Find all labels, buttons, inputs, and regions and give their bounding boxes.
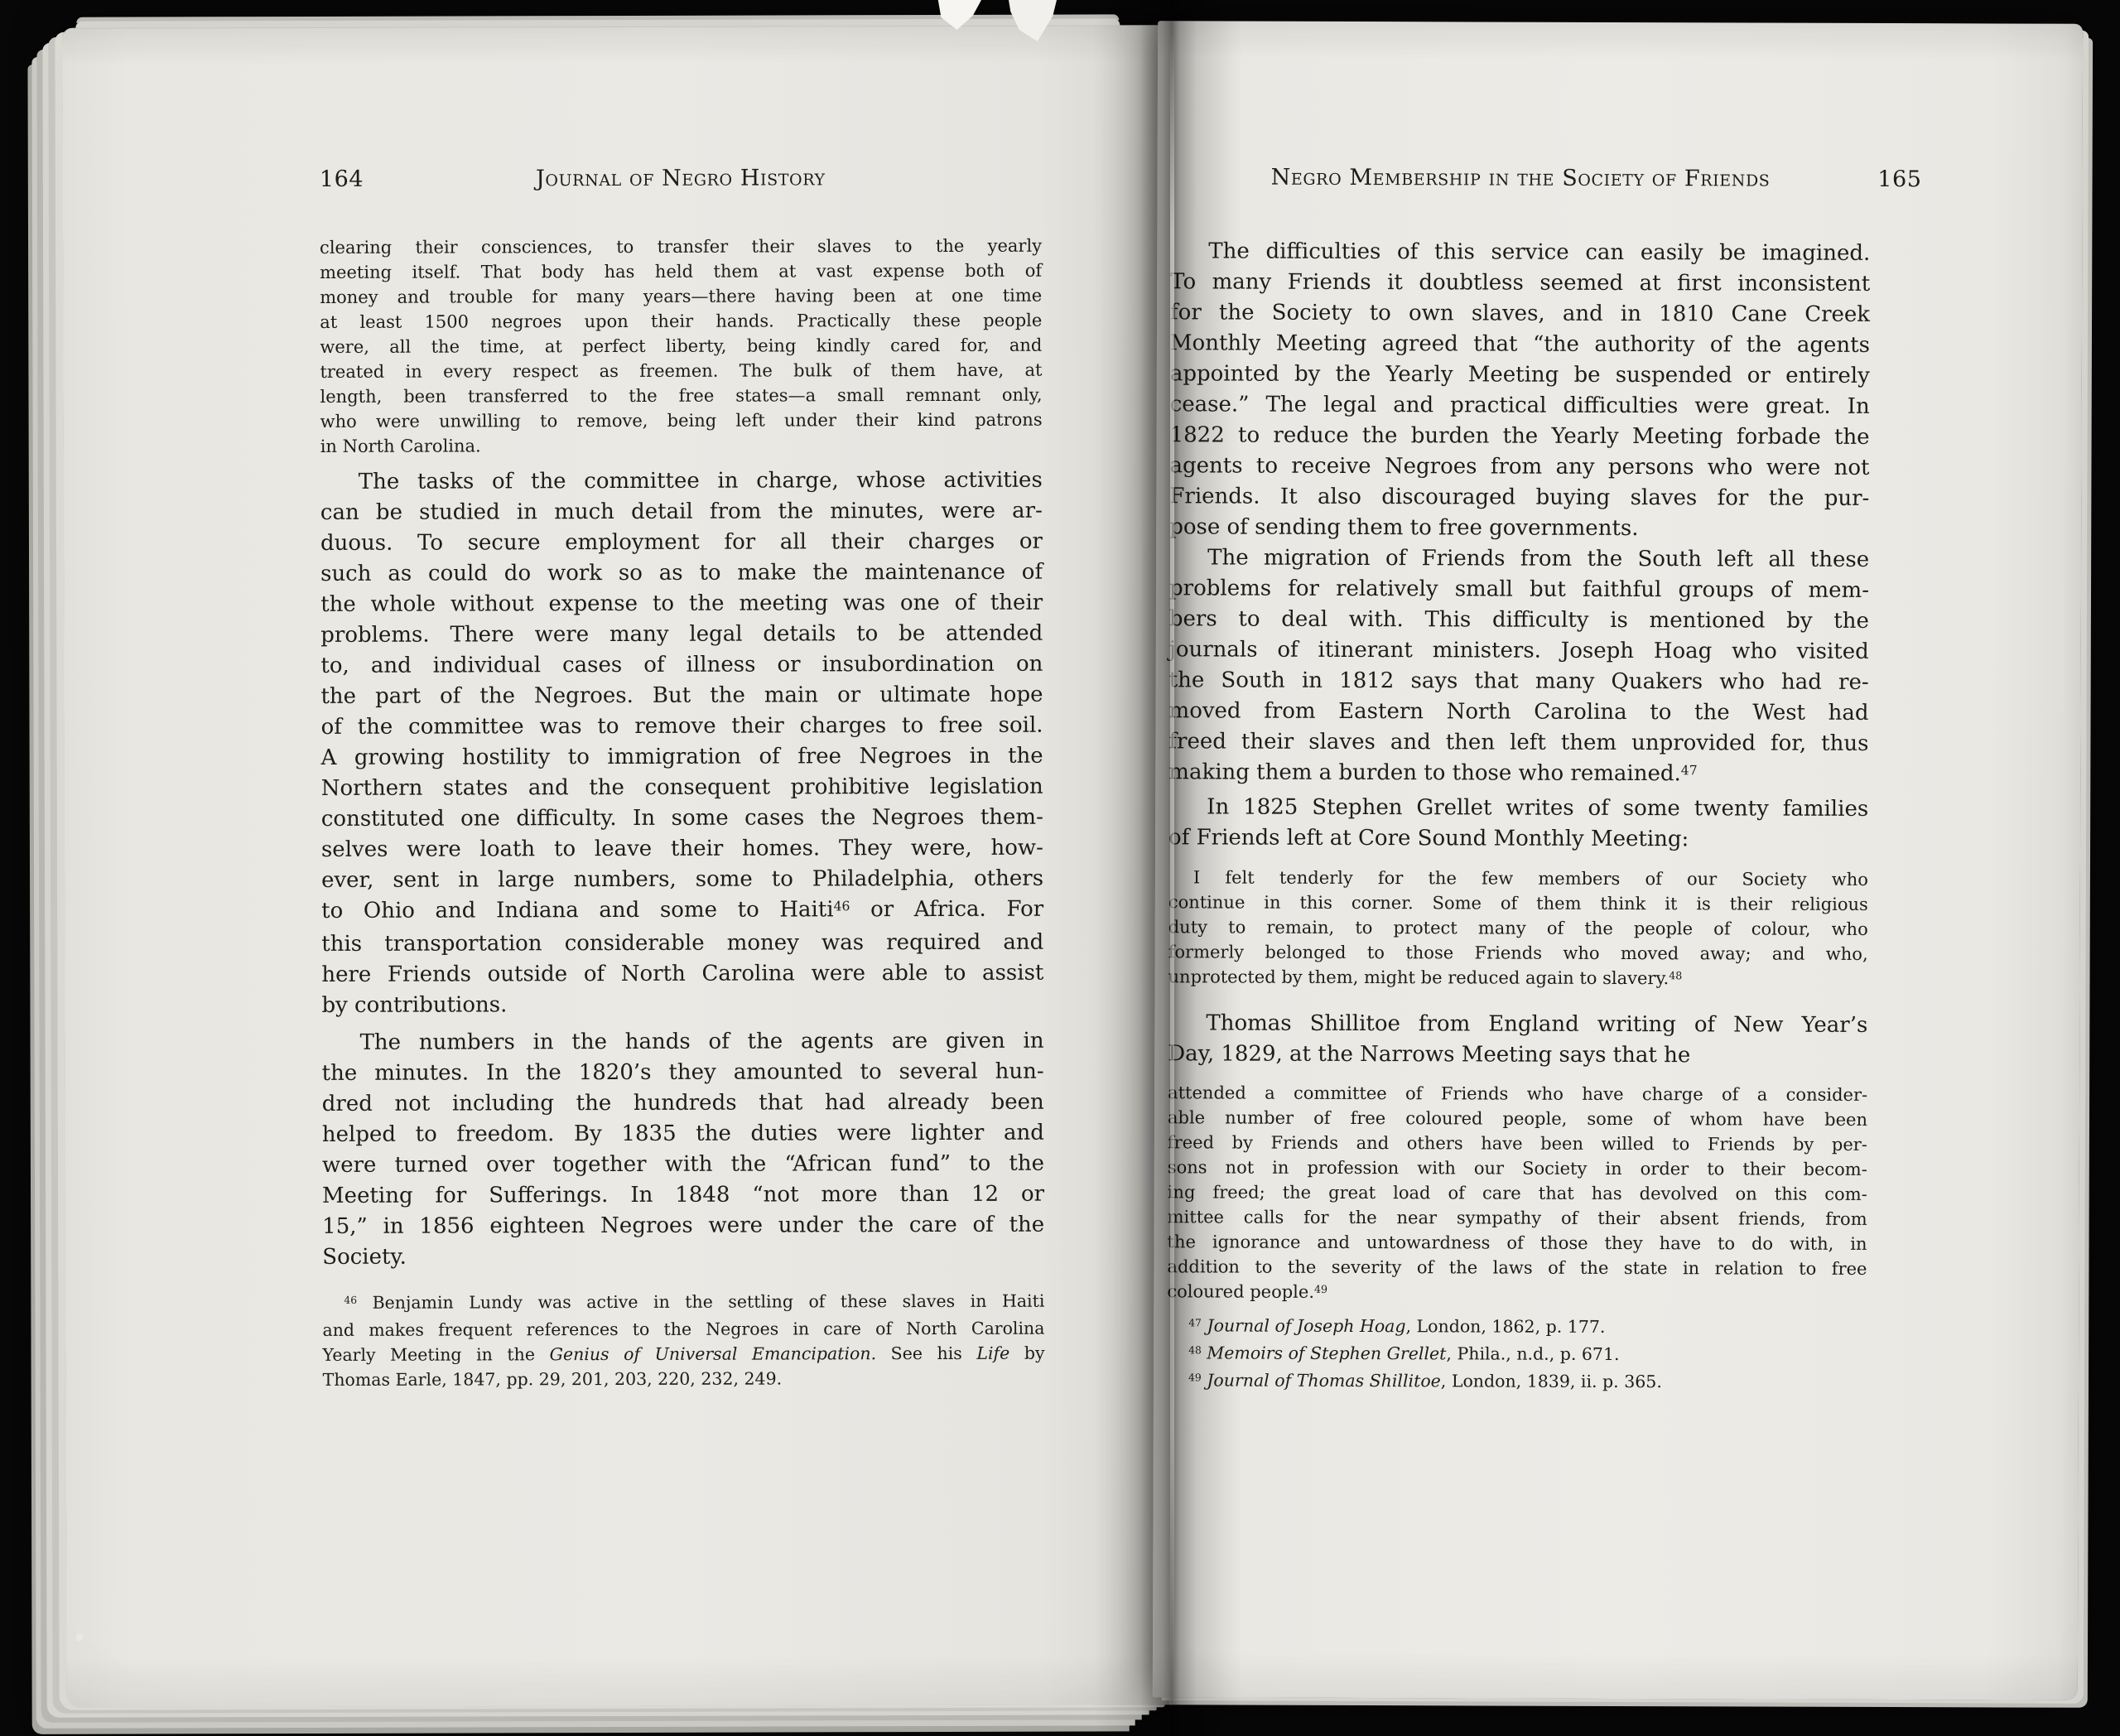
text-line: problems. There were many legal details … — [320, 619, 1043, 651]
text-line: for the Society to own slaves, and in 18… — [1170, 297, 1870, 330]
footnote-48: 48 Memoirs of Stephen Grellet, Phila., n… — [1167, 1340, 1867, 1370]
text-line: Meeting for Sufferings. In 1848 “not mor… — [322, 1179, 1044, 1212]
text-line: 1822 to reduce the burden the Yearly Mee… — [1170, 420, 1870, 453]
text-line: The migration of Friends from the South … — [1169, 542, 1869, 576]
text-line: duty to remain, to protect many of the p… — [1168, 914, 1868, 942]
text-line: Day, 1829, at the Narrows Meeting says t… — [1168, 1039, 1867, 1072]
text-line: at least 1500 negroes upon their hands. … — [320, 308, 1042, 335]
paragraph-committee-tasks: The tasks of the committee in charge, wh… — [320, 465, 1044, 1021]
text-line: selves were loath to leave their homes. … — [321, 833, 1043, 866]
text-line: this transportation considerable money w… — [321, 928, 1043, 960]
text-line: here Friends outside of North Carolina w… — [321, 958, 1043, 991]
text-line: pose of sending them to free governments… — [1169, 512, 1869, 545]
text-line: ing freed; the great load of care that h… — [1168, 1179, 1867, 1207]
text-line: were turned over together with the “Afri… — [322, 1149, 1044, 1181]
footnote-46: 46 Benjamin Lundy was active in the sett… — [322, 1289, 1044, 1392]
text-line: duous. To secure employment for all thei… — [320, 527, 1043, 559]
text-line: The numbers in the hands of the agents a… — [322, 1026, 1044, 1058]
text-line: A growing hostility to immigration of fr… — [321, 741, 1043, 774]
grellet-quote-block: I felt tenderly for the few members of o… — [1168, 865, 1868, 994]
text-line: the whole without expense to the meeting… — [320, 588, 1043, 620]
text-line: freed their slaves and then left them un… — [1168, 726, 1868, 759]
text-line: freed by Friends and others have been wi… — [1168, 1130, 1867, 1157]
right-running-title: Negro Membership in the Society of Frien… — [1171, 162, 1871, 195]
footnote-47: 47 Journal of Joseph Hoag, London, 1862,… — [1167, 1313, 1867, 1343]
text-line: can be studied in much detail from the m… — [320, 496, 1043, 528]
text-line: making them a burden to those who remain… — [1168, 757, 1868, 793]
text-line: able number of free coloured people, som… — [1168, 1105, 1867, 1132]
text-line: ever, sent in large numbers, some to Phi… — [321, 864, 1043, 896]
text-line: treated in every respect as freemen. The… — [320, 358, 1042, 384]
text-line: Thomas Shillitoe from England writing of… — [1168, 1008, 1867, 1041]
text-line: problems for relatively small but faithf… — [1169, 573, 1869, 606]
text-line: the ignorance and untowardness of those … — [1168, 1229, 1867, 1256]
text-line: the part of the Negroes. But the main or… — [320, 680, 1043, 712]
text-line: 47 Journal of Joseph Hoag, London, 1862,… — [1167, 1313, 1867, 1343]
text-line: cease.” The legal and practical difficul… — [1170, 389, 1870, 422]
paragraph-agent-numbers: The numbers in the hands of the agents a… — [322, 1026, 1045, 1273]
open-book-scan: 164 Journal of Negro History clearing th… — [0, 0, 2120, 1736]
text-line: clearing their consciences, to transfer … — [320, 234, 1042, 260]
text-line: To many Friends it doubtless seemed at f… — [1170, 267, 1870, 300]
text-line: formerly belonged to those Friends who m… — [1168, 939, 1868, 967]
left-text-column: 164 Journal of Negro History clearing th… — [319, 26, 1044, 1392]
text-line: The difficulties of this service can eas… — [1170, 236, 1870, 269]
text-line: to, and individual cases of illness or i… — [320, 649, 1043, 682]
text-line: of the committee was to remove their cha… — [321, 711, 1043, 743]
text-line: agents to receive Negroes from any perso… — [1169, 451, 1869, 484]
right-text-column: Negro Membership in the Society of Frien… — [1167, 21, 1871, 1397]
text-line: Thomas Earle, 1847, pp. 29, 201, 203, 22… — [323, 1366, 1045, 1392]
paragraph-difficulties: The difficulties of this service can eas… — [1169, 236, 1870, 545]
text-line: the South in 1812 says that many Quakers… — [1169, 665, 1869, 698]
text-line: moved from Eastern North Carolina to the… — [1169, 696, 1869, 729]
text-line: the minutes. In the 1820’s they amounted… — [322, 1057, 1044, 1089]
footnote-49: 49 Journal of Thomas Shillitoe, London, … — [1167, 1367, 1867, 1397]
text-line: Monthly Meeting agreed that “the authori… — [1170, 328, 1870, 361]
text-line: such as could do work so as to make the … — [320, 557, 1043, 590]
text-line: journals of itinerant ministers. Joseph … — [1169, 634, 1869, 668]
left-running-title: Journal of Negro History — [320, 163, 1042, 195]
text-line: mittee calls for the near sympathy of th… — [1168, 1204, 1867, 1232]
text-line: Northern states and the consequent prohi… — [321, 772, 1043, 804]
carried-over-quote-block: clearing their consciences, to transfer … — [320, 234, 1043, 459]
right-running-header: Negro Membership in the Society of Frien… — [1171, 162, 1871, 195]
text-line: addition to the severity of the laws of … — [1167, 1254, 1867, 1281]
text-line: continue in this corner. Some of them th… — [1168, 890, 1868, 917]
text-line: The tasks of the committee in charge, wh… — [320, 465, 1043, 498]
text-line: 15,” in 1856 eighteen Negroes were under… — [322, 1210, 1044, 1242]
paragraph-migration: The migration of Friends from the South … — [1168, 542, 1869, 793]
text-line: bers to deal with. This difficulty is me… — [1169, 604, 1869, 637]
text-line: dred not including the hundreds that had… — [322, 1087, 1044, 1120]
left-page: 164 Journal of Negro History clearing th… — [62, 25, 1173, 1707]
text-line: length, been transferred to the free sta… — [320, 383, 1042, 409]
text-line: helped to freedom. By 1835 the duties we… — [322, 1118, 1044, 1150]
right-page-number: 165 — [1877, 165, 1921, 195]
text-line: in North Carolina. — [320, 432, 1043, 459]
text-line: to Ohio and Indiana and some to Haiti46 … — [321, 895, 1043, 929]
text-line: 49 Journal of Thomas Shillitoe, London, … — [1167, 1367, 1867, 1397]
text-line: sons not in profession with our Society … — [1168, 1155, 1867, 1182]
left-running-header: 164 Journal of Negro History — [320, 163, 1042, 195]
text-line: and makes frequent references to the Neg… — [322, 1316, 1044, 1343]
text-line: attended a committee of Friends who have… — [1168, 1080, 1867, 1107]
text-line: unprotected by them, might be reduced ag… — [1168, 964, 1868, 994]
text-line: meeting itself. That body has held them … — [320, 258, 1042, 285]
text-line: In 1825 Stephen Grellet writes of some t… — [1168, 792, 1868, 825]
text-line: 48 Memoirs of Stephen Grellet, Phila., n… — [1167, 1340, 1867, 1370]
text-line: money and trouble for many years—there h… — [320, 283, 1042, 310]
text-line: I felt tenderly for the few members of o… — [1168, 865, 1868, 892]
text-line: who were unwilling to remove, being left… — [320, 407, 1043, 434]
right-page: Negro Membership in the Society of Frien… — [1153, 21, 2083, 1700]
text-line: coloured people.49 — [1167, 1279, 1867, 1309]
text-line: Society. — [322, 1241, 1044, 1273]
text-line: of Friends left at Core Sound Monthly Me… — [1168, 822, 1868, 856]
text-line: appointed by the Yearly Meeting be suspe… — [1170, 359, 1870, 392]
text-line: were, all the time, at perfect liberty, … — [320, 333, 1042, 359]
text-line: Friends. It also discouraged buying slav… — [1169, 481, 1869, 514]
paragraph-shillitoe-intro: Thomas Shillitoe from England writing of… — [1168, 1008, 1867, 1072]
shillitoe-quote-block: attended a committee of Friends who have… — [1167, 1080, 1867, 1309]
text-line: constituted one difficulty. In some case… — [321, 803, 1043, 835]
left-page-number: 164 — [320, 165, 364, 195]
paragraph-grellet-intro: In 1825 Stephen Grellet writes of some t… — [1168, 792, 1868, 856]
text-line: Yearly Meeting in the Genius of Universa… — [323, 1341, 1045, 1367]
text-line: by contributions. — [321, 989, 1043, 1021]
text-line: 46 Benjamin Lundy was active in the sett… — [322, 1289, 1044, 1318]
